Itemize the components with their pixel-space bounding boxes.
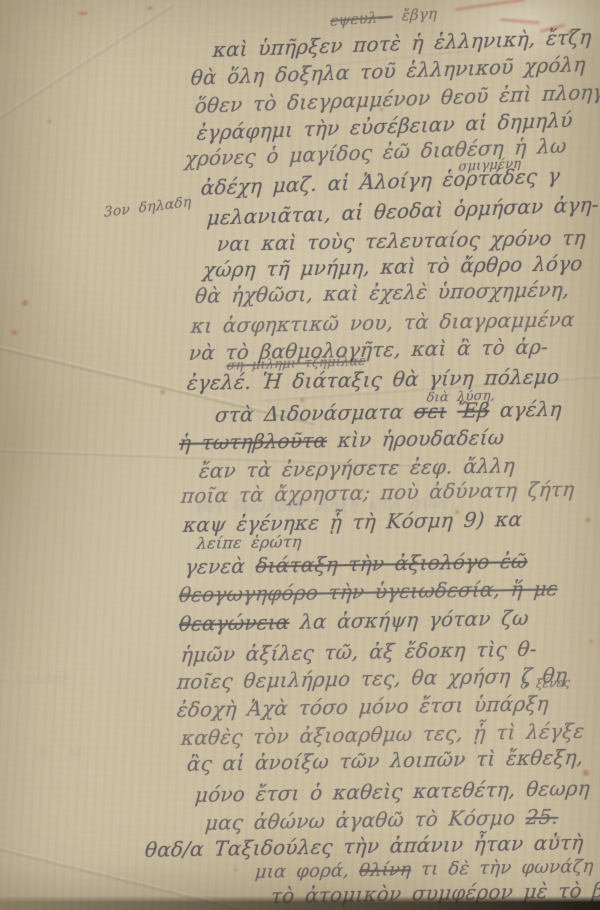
bottom-page-edge-shadow <box>0 896 600 910</box>
manuscript-page: θεὶ θανλαθὲ λήξη κτλ συνιαθσ ψιλοβε γτησ… <box>0 0 600 910</box>
edge-vignette <box>0 0 600 910</box>
